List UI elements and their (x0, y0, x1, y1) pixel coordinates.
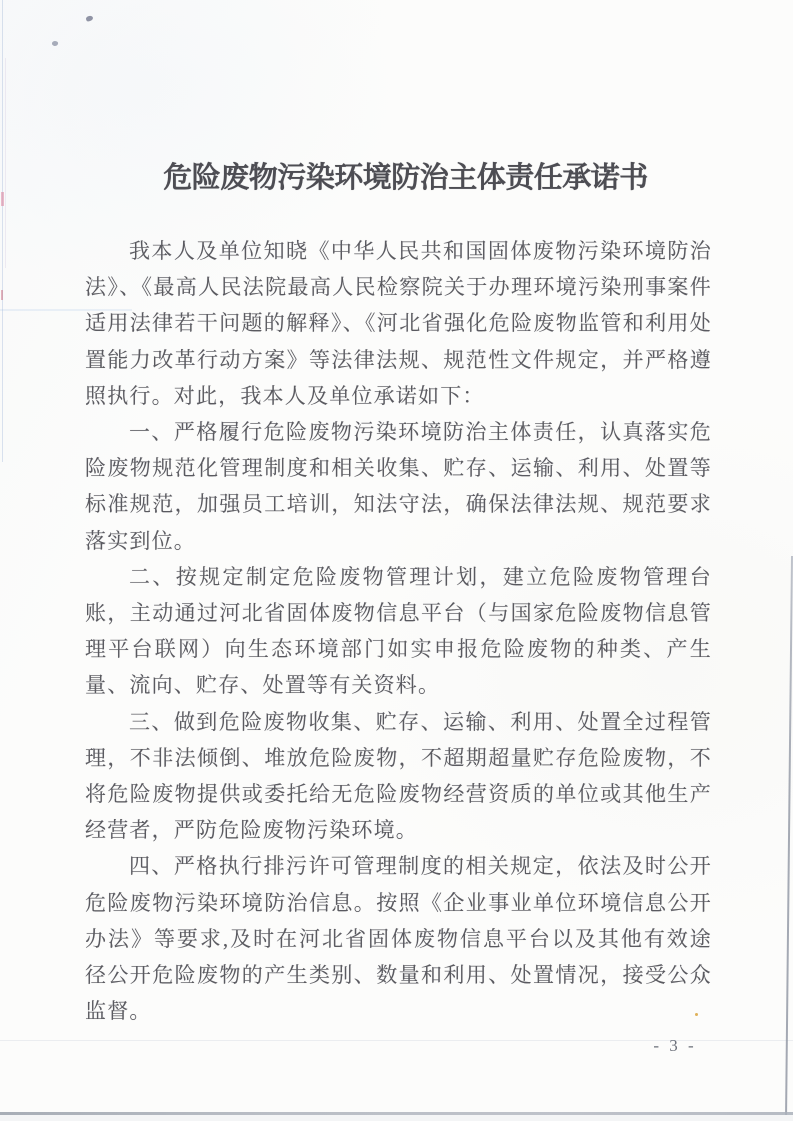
scan-fold-line (0, 1040, 793, 1041)
ink-speck (85, 15, 93, 22)
scan-edge-artifact (1, 290, 3, 300)
scan-streak-artifact (0, 309, 132, 311)
paragraph-intro: 我本人及单位知晓《中华人民共和国固体废物污染环境防治法》、《最高人民法院最高人民… (85, 233, 712, 414)
dust-speck (695, 1013, 698, 1016)
paragraph-item-3: 三、做到危险废物收集、贮存、运输、利用、处置全过程管理，不非法倾倒、堆放危险废物… (85, 704, 712, 849)
scanner-background (0, 1115, 793, 1121)
paragraph-item-4: 四、严格执行排污许可管理制度的相关规定，依法及时公开危险废物污染环境防治信息。按… (85, 848, 712, 1029)
paragraph-item-1: 一、严格履行危险废物污染环境防治主体责任，认真落实危险废物规范化管理制度和相关收… (85, 414, 712, 559)
page-number: - 3 - (645, 1036, 705, 1056)
paper-right-edge (785, 556, 793, 1121)
document-title: 危险废物污染环境防治主体责任承诺书 (0, 155, 793, 196)
ink-speck (51, 40, 58, 46)
scan-edge-artifact (1, 192, 4, 206)
scan-edge-artifact (2, 0, 3, 462)
scanned-document-page: 危险废物污染环境防治主体责任承诺书 我本人及单位知晓《中华人民共和国固体废物污染… (0, 0, 793, 1121)
paragraph-item-2: 二、按规定制定危险废物管理计划，建立危险废物管理台账，主动通过河北省固体废物信息… (85, 559, 712, 704)
document-body: 我本人及单位知晓《中华人民共和国固体废物污染环境防治法》、《最高人民法院最高人民… (85, 233, 712, 1029)
scan-edge-artifact (5, 58, 6, 268)
